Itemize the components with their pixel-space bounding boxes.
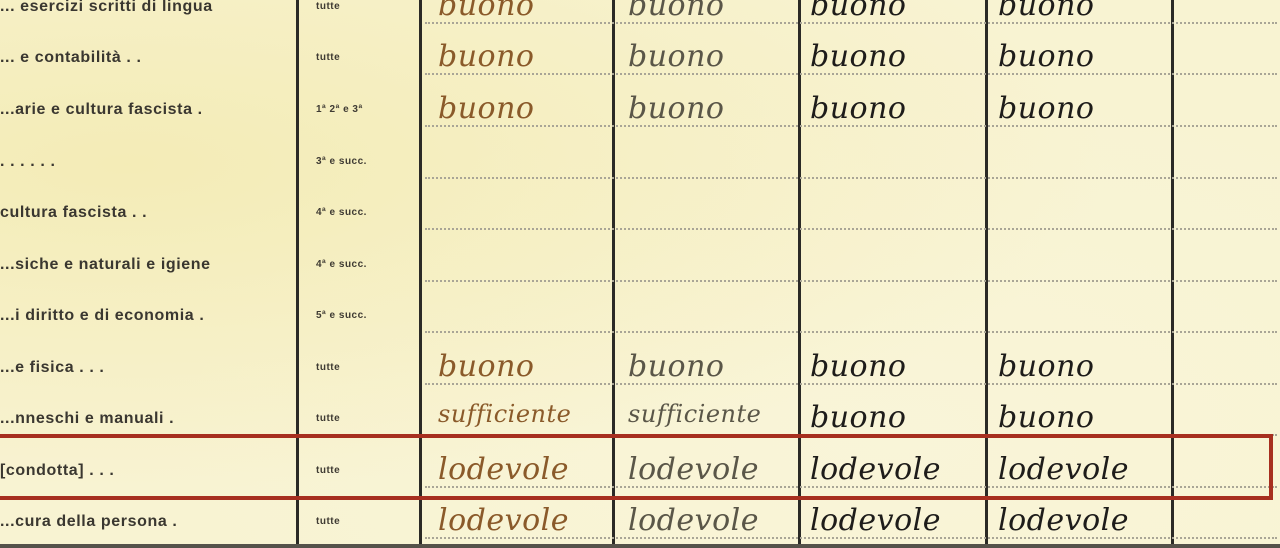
table-row: ...e fisica . . .tuttebuonobuonobuonobuo… — [0, 343, 1280, 395]
grade-term-1: buono — [438, 349, 598, 384]
grade-term-3: buono — [810, 349, 980, 384]
grade-term-4: buono — [998, 0, 1168, 23]
table-row: ...arie e cultura fascista .1ª 2ª e 3ªbu… — [0, 85, 1280, 137]
grade-term-2: buono — [628, 349, 793, 384]
table-row: . . . . . .3ª e succ. — [0, 137, 1280, 189]
subject-label: ...e fisica . . . — [0, 359, 285, 377]
table-row: ... esercizi scritti di linguatuttebuono… — [0, 0, 1280, 34]
grade-term-4: buono — [998, 400, 1168, 435]
subject-label: ...i diritto e di economia . — [0, 307, 285, 325]
grade-term-4: buono — [998, 349, 1168, 384]
conduct-row-highlight — [0, 434, 1273, 500]
grade-term-2: buono — [628, 39, 793, 74]
applicable-classes: tutte — [316, 1, 340, 12]
grade-term-4: buono — [998, 91, 1168, 126]
grade-term-2: buono — [628, 0, 793, 23]
grade-term-3: buono — [810, 91, 980, 126]
grade-term-4: buono — [998, 39, 1168, 74]
table-row: ...i diritto e di economia .5ª e succ. — [0, 291, 1280, 343]
dotted-rule — [425, 331, 1277, 333]
page-edge — [0, 544, 1280, 548]
applicable-classes: 3ª e succ. — [316, 156, 367, 167]
table-row: cultura fascista . .4ª e succ. — [0, 188, 1280, 240]
subject-label: ...arie e cultura fascista . — [0, 101, 285, 119]
grade-term-1: sufficiente — [438, 400, 598, 428]
subject-label: ... e contabilità . . — [0, 49, 285, 67]
applicable-classes: tutte — [316, 362, 340, 373]
grade-term-2: sufficiente — [628, 400, 793, 428]
grade-term-1: buono — [438, 0, 598, 23]
applicable-classes: 4ª e succ. — [316, 259, 367, 270]
applicable-classes: tutte — [316, 52, 340, 63]
applicable-classes: tutte — [316, 516, 340, 527]
grade-term-2: buono — [628, 91, 793, 126]
subject-label: ...nneschi e manuali . — [0, 410, 285, 428]
table-row: ... e contabilità . .tuttebuonobuonobuon… — [0, 33, 1280, 85]
grade-term-2: lodevole — [628, 503, 793, 538]
grade-term-3: buono — [810, 39, 980, 74]
applicable-classes: tutte — [316, 413, 340, 424]
grade-term-4: lodevole — [998, 503, 1168, 538]
grade-term-3: buono — [810, 400, 980, 435]
table-row: ...siche e naturali e igiene4ª e succ. — [0, 240, 1280, 292]
grade-term-3: buono — [810, 0, 980, 23]
applicable-classes: 1ª 2ª e 3ª — [316, 104, 363, 115]
grade-term-1: buono — [438, 91, 598, 126]
applicable-classes: 4ª e succ. — [316, 207, 367, 218]
grade-term-1: buono — [438, 39, 598, 74]
applicable-classes: 5ª e succ. — [316, 310, 367, 321]
subject-label: cultura fascista . . — [0, 204, 285, 222]
subject-label: ... esercizi scritti di lingua — [0, 0, 285, 16]
dotted-rule — [425, 228, 1277, 230]
subject-label: ...siche e naturali e igiene — [0, 256, 285, 274]
table-row: ...cura della persona .tuttelodevolelode… — [0, 497, 1280, 548]
grade-term-1: lodevole — [438, 503, 598, 538]
subject-label: ...cura della persona . — [0, 513, 285, 531]
dotted-rule — [425, 177, 1277, 179]
dotted-rule — [425, 280, 1277, 282]
subject-label: . . . . . . — [0, 153, 285, 171]
grade-term-3: lodevole — [810, 503, 980, 538]
